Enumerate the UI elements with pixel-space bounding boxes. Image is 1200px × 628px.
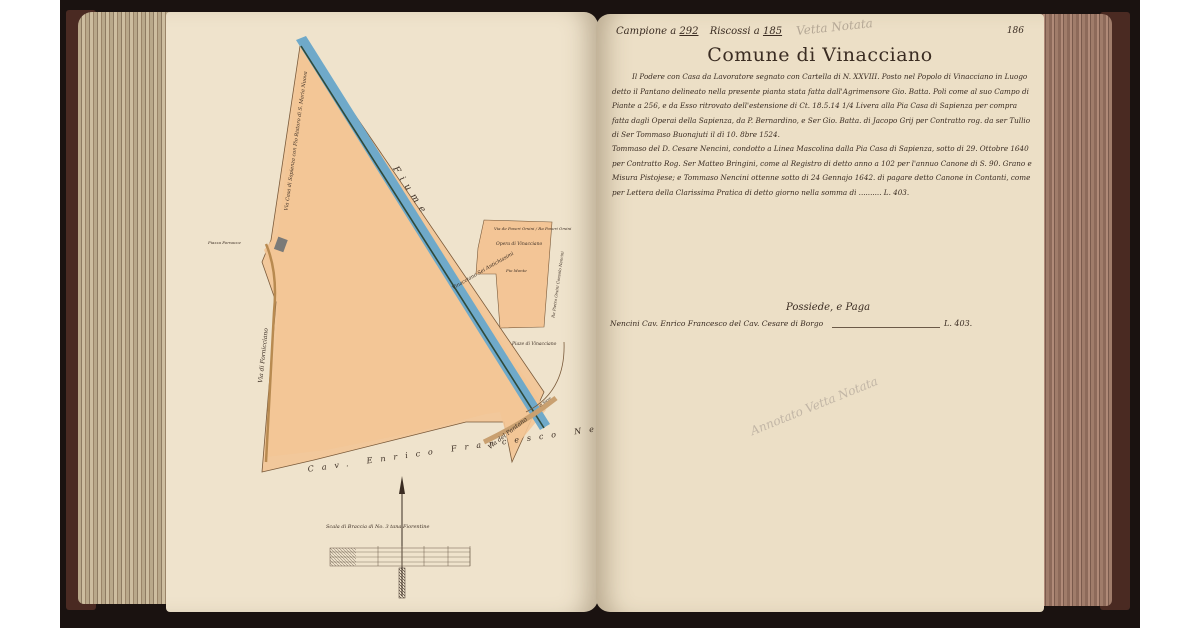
cadastral-map xyxy=(166,12,598,612)
page-title: Comune di Vinacciano xyxy=(596,44,1044,66)
parcel-a-label: Opera di Vinacciano xyxy=(496,242,542,247)
owners-heading: Possiede, e Paga xyxy=(786,302,870,313)
left-page-map: Fiume Via Casa di Sapienza con Pio Risto… xyxy=(166,12,598,612)
campione-label: Campione a xyxy=(616,26,676,37)
parcel-d-label: Piaze di Vinacciano xyxy=(512,342,556,347)
north-arrow-icon xyxy=(399,476,405,494)
right-page-register: Campione a 292 Riscossi a 185 Vetta Nota… xyxy=(596,14,1044,612)
page-edges-right xyxy=(1040,14,1112,606)
riscossi-label: Riscossi a xyxy=(710,26,760,37)
page-number: 186 xyxy=(1007,26,1024,36)
riscossi-value: 185 xyxy=(763,26,782,37)
campione-value: 292 xyxy=(679,26,698,37)
right-top-label: Via de Poveri Orsini / Ra Poveri Orsini xyxy=(494,226,571,231)
paragraph-2: Tommaso del D. Cesare Nencini, condotto … xyxy=(612,142,1032,200)
owner-name: Nencini Cav. Enrico Francesco del Cav. C… xyxy=(610,319,823,328)
paragraph-1: Il Podere con Casa da Lavoratore segnato… xyxy=(612,70,1032,143)
owner-amount: L. 403. xyxy=(944,319,972,328)
left-edge-label: Piazza Fornacce xyxy=(208,240,241,245)
page-edges-left xyxy=(78,12,170,604)
scale-bar-title: Scala di Braccia di No. 3 tana Fiorentin… xyxy=(326,524,429,530)
header-campione: Campione a 292 Riscossi a 185 xyxy=(616,26,782,37)
dotted-leader xyxy=(832,327,940,328)
pencil-note: Vetta Notata xyxy=(795,16,873,38)
parcel-b-label: Pio Monte xyxy=(506,268,527,273)
pencil-signature: Annotato Vetta Notata xyxy=(748,374,879,438)
scale-bar xyxy=(330,546,470,566)
